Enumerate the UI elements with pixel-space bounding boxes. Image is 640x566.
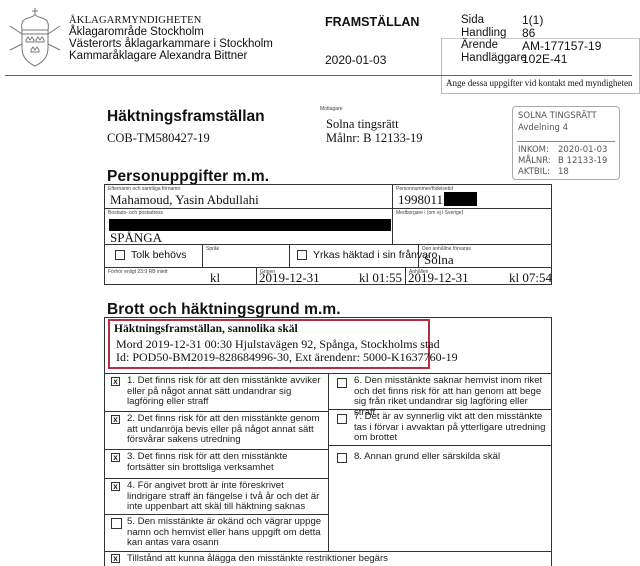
ground-5: 5. Den misstänkte är okänd och vägrar up… [105,515,328,551]
name-field[interactable]: Efternamn och samtliga förnamn Mahamoud,… [105,185,392,208]
restrictions-checkbox[interactable]: x [111,554,120,563]
ground-8: 8. Annan grund eller särskilda skäl [329,446,551,551]
language-label: Språk [206,246,219,252]
recipient-label: Mottagare [320,106,343,112]
meta-value-case: AM-177157-19 [522,39,601,53]
ground-3-text: 3. Det finns risk för att den misstänkte… [127,452,323,473]
ground-6-checkbox[interactable] [337,378,347,388]
meta-label-handler: Handläggare [461,52,527,64]
language-field[interactable]: Språk [203,245,289,267]
header-divider [5,75,632,76]
ground-8-text: 8. Annan grund eller särskilda skäl [354,452,549,463]
custody-field[interactable]: Den anhållne förvaras Solna [419,245,551,267]
stamp-value-exhibit: 18 [558,167,569,177]
crime-box-title: Häktningsframställan, sannolika skäl [114,323,298,335]
stamp-value-received: 2020-01-03 [558,145,607,155]
detained-date: 2019-12-31 [408,270,469,286]
court-receipt-stamp: SOLNA TINGSRÄTT Avdelning 4 INKOM: 2020-… [512,106,620,180]
document-date: 2020-01-03 [325,53,386,67]
hearing-label: Förhör enligt 23:9 RB inlett [108,269,167,275]
hearing-time-prefix: kl [210,270,220,286]
recipient-case-number: Målnr: B 12133-19 [326,131,423,146]
ground-2-text: 2. Det finns risk för att den misstänkte… [127,414,323,446]
ground-2-checkbox[interactable]: x [111,415,120,424]
address-label: Bostads- och postadress [108,210,163,216]
restrictions-text: Tillstånd att kunna ålägga den misstänkt… [127,554,388,565]
document-title: Häktningsframställan [107,108,265,126]
meta-value-page: 1(1) [522,13,543,27]
ground-7: 7. Det är av synnerlig vikt att den miss… [329,410,551,445]
document-case-id: COB-TM580427-19 [107,131,210,146]
ground-5-checkbox[interactable] [111,518,122,529]
contact-note: Ange dessa uppgifter vid kontakt med myn… [446,78,632,88]
stamp-court: SOLNA TINGSRÄTT [518,111,597,121]
ground-1-checkbox[interactable]: x [111,377,120,386]
name-value: Mahamoud, Yasin Abdullahi [110,192,259,208]
stamp-division: Avdelning 4 [518,123,568,133]
crime-summary-box: Häktningsframställan, sannolika skäl Mor… [108,319,430,369]
redaction-bar [444,192,477,206]
divider [289,244,290,267]
ground-7-text: 7. Det är av synnerlig vikt att den miss… [354,412,549,444]
restrictions-row: x Tillstånd att kunna ålägga den misstän… [105,552,551,566]
detained-time: kl 07:54 [509,270,552,286]
hearing-field[interactable]: Förhör enligt 23:9 RB inlett kl [105,268,256,285]
detained-field[interactable]: Anhållen 2019-12-31 kl 07:54 [406,268,551,285]
ground-1: x 1. Det finns risk för att den misstänk… [105,374,328,411]
meta-value-document: 86 [522,26,535,40]
crown-coat-of-arms-icon [6,4,64,70]
meta-label-document: Handling [461,27,506,39]
document-type: FRAMSTÄLLAN [325,15,419,29]
personal-number-value: 19980111 [398,192,449,208]
personal-details-form: Efternamn och samtliga förnamn Mahamoud,… [104,184,552,285]
stamp-label-received: INKOM: [518,145,549,155]
recipient-court: Solna tingsrätt [326,117,399,132]
ground-4-checkbox[interactable]: x [111,482,120,491]
ground-3: x 3. Det finns risk för att den misstänk… [105,450,328,478]
ground-6: 6. Den misstänkte saknar hemvist inom ri… [329,374,551,411]
ground-2: x 2. Det finns risk för att den misstänk… [105,412,328,449]
meta-label-page: Sida [461,14,484,26]
ground-8-checkbox[interactable] [337,453,347,463]
stamp-label-case-no: MÅLNR: [518,156,551,166]
meta-value-handler: 102E-41 [522,52,567,66]
arrested-date: 2019-12-31 [259,270,320,286]
ground-3-checkbox[interactable]: x [111,453,120,462]
meta-label-case: Ärende [461,39,498,51]
stamp-value-case-no: B 12133-19 [558,156,607,166]
ground-4: x 4. För angivet brott är inte föreskriv… [105,479,328,516]
ground-7-checkbox[interactable] [337,414,347,424]
absentia-checkbox[interactable] [297,250,307,260]
custody-value: Solna [424,252,454,268]
personal-number-field[interactable]: Personnummer/födelsetid 19980111 [393,185,551,208]
prosecutor-name: Kammaråklagare Alexandra Bittner [69,50,247,63]
address-field[interactable]: Bostads- och postadress SPÅNGA [105,209,392,244]
crime-identifiers: Id: POD50-BM2019-828684996-30, Ext ärend… [116,350,458,365]
ground-4-text: 4. För angivet brott är inte föreskrivet… [127,481,323,513]
citizenship-field[interactable]: Medborgare i (om ej i Sverige) [393,209,551,244]
arrested-field[interactable]: Gripen 2019-12-31 kl 01:55 [257,268,405,285]
ground-1-text: 1. Det finns risk för att den misstänkte… [127,376,323,408]
arrested-time: kl 01:55 [359,270,402,286]
stamp-label-exhibit: AKTBIL: [518,167,550,177]
ground-5-text: 5. Den misstänkte är okänd och vägrar up… [127,517,323,549]
citizenship-label: Medborgare i (om ej i Sverige) [396,210,463,216]
interpreter-checkbox[interactable] [115,250,125,260]
interpreter-label: Tolk behövs [131,249,186,261]
stamp-divider [517,141,615,142]
